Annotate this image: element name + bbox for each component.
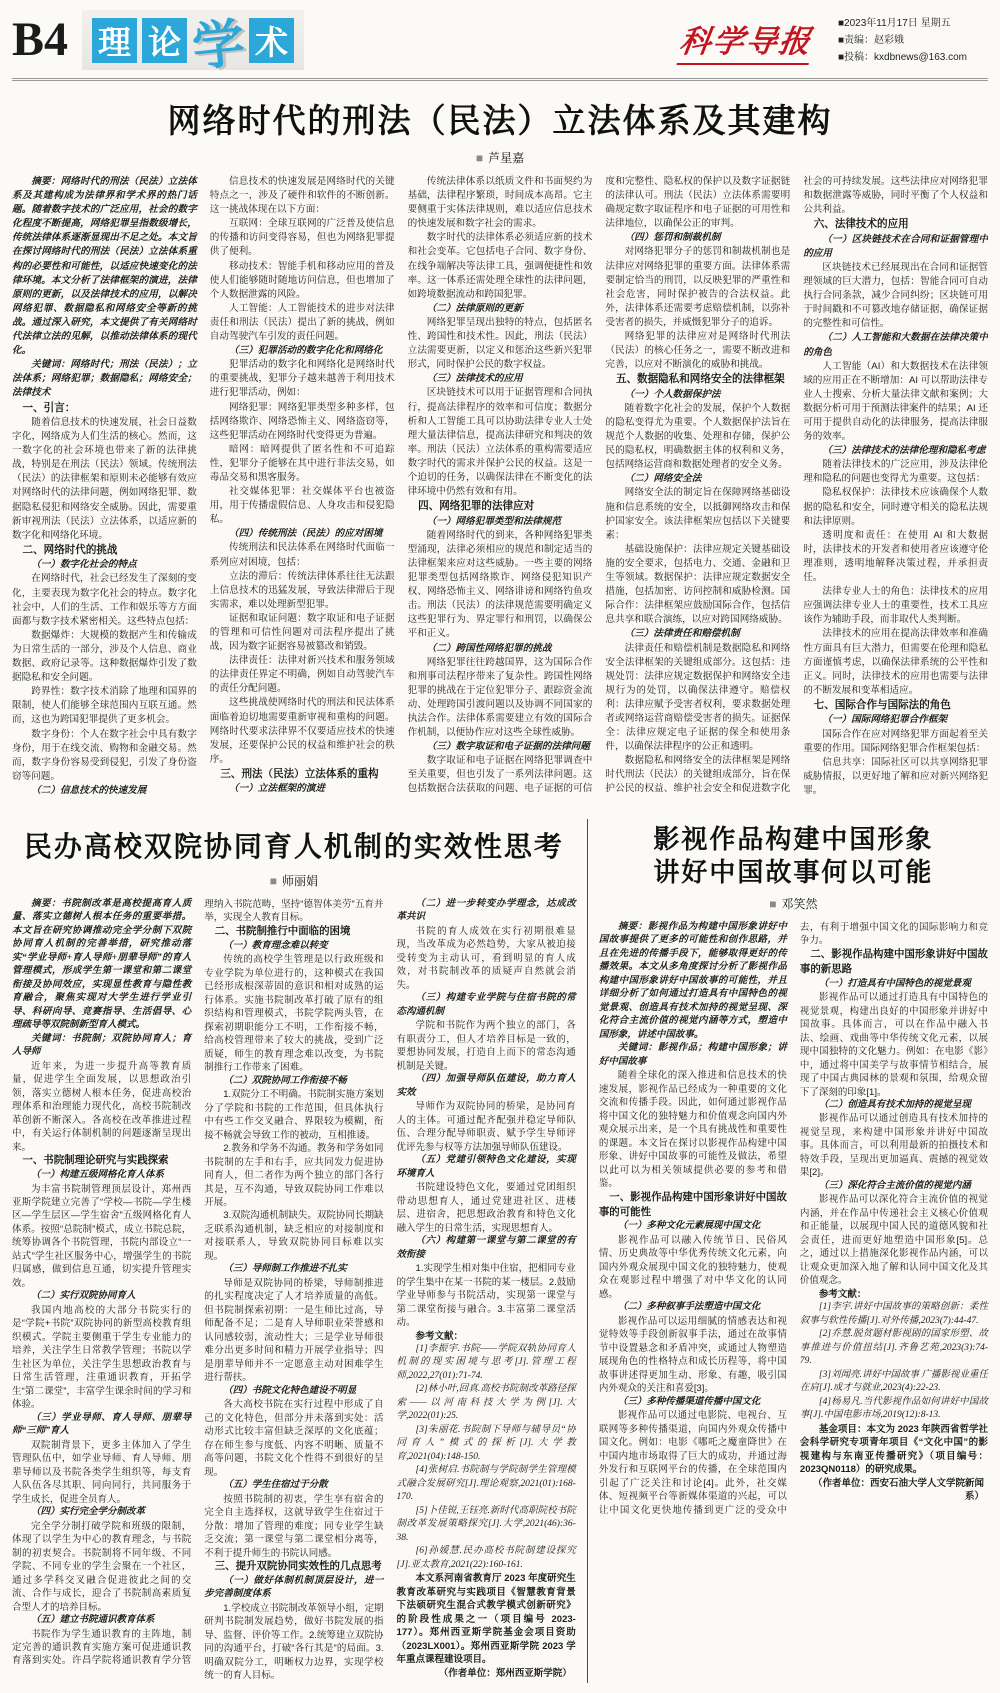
newspaper-name: 科学导报 xyxy=(677,16,816,65)
abstract: 摘要：影视作品为构建中国形象讲好中国故事提供了更多的可能性和创作思路，并且在先进… xyxy=(599,921,787,1042)
paragraph: 社交媒体犯罪：社交媒体平台也被盗用，用于传播虚假信息、人身攻击和侵犯隐私。 xyxy=(210,485,395,527)
paragraph: 信息共享：国际社区可以共享网络犯罪威胁情报，以更好地了解和应对新兴网络犯罪。 xyxy=(803,756,988,798)
funding-note: 本文系河南省教育厅 2023 年度研究生教育改革研究与实践项目《智慧教育背景下法… xyxy=(397,1572,576,1666)
paragraph: 暗网：暗网提供了匿名性和不可追踪性，犯罪分子能够在其中进行非法交易，如毒品交易和… xyxy=(210,443,395,485)
subsection-heading: （二）双院协同工作衔接不畅 xyxy=(204,1075,383,1088)
article-college-education: 民办高校双院协同育人机制的实效性思考 ■师丽娟 摘要：书院制改革是高校提高育人质… xyxy=(12,819,588,1683)
subsection-heading: （二）人工智能和大数据在法律决策中的角色 xyxy=(803,331,988,359)
subsection-heading: （四）传统刑法（民法）的应对困境 xyxy=(210,527,395,541)
date-line: ■2023年11月17日 星期五 xyxy=(838,15,988,32)
abstract: 摘要：书院制改革是高校提高育人质量、落实立德树人根本任务的重要举措。本文旨在研究… xyxy=(12,898,191,1033)
paragraph: 人工智能（AI）和大数据技术在法律领域的应用正在不断增加：AI 可以帮助法律专业… xyxy=(803,360,988,445)
reference-item: [1]李宇.讲好中国故事的策略创新：柔性叙事与软性传播[J].对外传播,2023… xyxy=(800,1301,988,1328)
article3-author-name: 邓笑然 xyxy=(782,897,818,911)
subsection-heading: （四）实行完全学分制改革 xyxy=(12,1506,191,1519)
paragraph: 近年来，为进一步提升高等教育质量，促进学生全面发展，以思想政治引领，落实立德树人… xyxy=(12,1060,191,1154)
section-heading: 七、国际合作与国际法的角色 xyxy=(803,698,988,714)
paragraph: 网络犯罪：网络犯罪类型多种多样，包括网络欺诈、网络恐怖主义、网络盗窃等，这些犯罪… xyxy=(210,401,395,443)
paragraph: 隐私权保护：法律技术应该确保个人数据的隐私和安全，同时遵守相关的隐私法规和法律原… xyxy=(803,486,988,528)
paragraph: 数据爆炸：大规模的数据产生和传输成为日常生活的一部分，涉及个人信息、商业数据、政… xyxy=(12,629,197,685)
subsection-heading: （三）法律技术的法律伦理和隐私考虑 xyxy=(803,444,988,458)
reference-item: [6]孙媛慧.民办高校书院制建设探究[J].亚太教育,2021(22):160-… xyxy=(397,1545,576,1572)
paragraph: 犯罪活动的数字化和网络化是网络时代的重要挑战，犯罪分子越来越善于利用技术进行犯罪… xyxy=(210,358,395,400)
paragraph: 影视作品可以通过创造具有技术加持的视觉呈现，来构建中国形象并讲好中国故事。具体而… xyxy=(800,1112,988,1179)
paragraph: 区块链技术已经展现出在合同和证据管理领域的巨大潜力，包括：智能合同可自动执行合同… xyxy=(803,261,988,331)
article1-author-name: 芦星嘉 xyxy=(488,151,524,165)
subsection-heading: （五）学生住宿过于分散 xyxy=(204,1479,383,1492)
paragraph: 双院制背景下，更多主体加入了学生管理队伍中，如学业导师、育人导师、朋辈导师以及书… xyxy=(12,1439,191,1506)
paragraph: 2.教务和学务不沟通。教务和学务如同书院制的左手和右手，应共同发力促进协同育人，… xyxy=(204,1142,383,1209)
subsection-heading: （四）加强导师队伍建设，助力育人实效 xyxy=(397,1073,576,1100)
subsection-heading: （六）构建第一课堂与第二课堂的有效衔接 xyxy=(397,1235,576,1262)
paragraph: 网络犯罪的法律应对是网络时代刑法（民法）的核心任务之一，需要不断改进和完善，以应… xyxy=(605,330,790,372)
reference-item: [1]李振宇.书院——学院双轨协同育人机制的现实困境与思考[J].管理工程师,2… xyxy=(397,1343,576,1383)
article2-byline: ■师丽娟 xyxy=(12,872,576,889)
section-heading: 二、网络时代的挑战 xyxy=(12,543,197,559)
paragraph: 3.双院沟通机制缺失。双院协同长期缺乏联系沟通机制，缺乏相应的对接制度和对接联系… xyxy=(204,1209,383,1263)
section-logo-char-stylized: 学 xyxy=(189,11,246,68)
section-heading: 二、书院制推行中面临的困境 xyxy=(204,925,383,940)
byline-square-icon: ■ xyxy=(769,897,776,911)
byline-square-icon: ■ xyxy=(476,151,483,165)
subsection-heading: （三）犯罪活动的数字化化和网络化 xyxy=(210,344,395,358)
paragraph: 传统的高校学生管理是以行政班级和专业学院为单位进行的，这种模式在我国已经形成根深… xyxy=(204,953,383,1074)
paragraph: 为丰富书院制管理顶层设计，郑州西亚斯学院建立完善了“学校—书院—学生楼区—学生层… xyxy=(12,1183,191,1291)
subsection-heading: （一）立法框架的演进 xyxy=(210,782,395,796)
subsection-heading: （三）学业导师、育人导师、朋辈导师“三师”育人 xyxy=(12,1412,191,1439)
subsection-heading: （四）惩罚和制裁机制 xyxy=(605,231,790,245)
section-heading: 五、数据隐私和网络安全的法律框架 xyxy=(605,372,790,388)
subsection-heading: （三）导师制工作推进不扎实 xyxy=(204,1263,383,1276)
section-heading: 四、网络犯罪的法律应对 xyxy=(408,499,593,515)
subsection-heading: （二）网络安全法 xyxy=(605,472,790,486)
paragraph: 基础设施保护：法律应规定关键基础设施的安全要求，包括电力、交通、金融和卫生等领域… xyxy=(605,543,790,628)
paragraph: 国际合作在应对网络犯罪方面起着至关重要的作用。国际网络犯罪合作框架包括： xyxy=(803,728,988,756)
paragraph: 影视作品可以通过打造具有中国特色的视觉景观，构建出良好的中国形象并讲好中国故事。… xyxy=(800,991,988,1099)
article2-author-name: 师丽娟 xyxy=(282,874,318,888)
paragraph: 法律责任和赔偿机制是数据隐私和网络安全法律框架的关键组成部分。这包括：违规处罚：… xyxy=(605,642,790,755)
subsection-heading: （一）网络犯罪类型和法律规范 xyxy=(408,515,593,529)
subsection-heading: （一）区块链技术在合同和证据管理中的应用 xyxy=(803,233,988,261)
author-unit: （作者单位：郑州西亚斯学院） xyxy=(397,1667,576,1680)
paragraph: 传统刑法和民法体系在网络时代面临一系列应对困境，包括： xyxy=(210,541,395,569)
paragraph: 网络安全法的制定旨在保障网络基础设施和信息系统的安全，以抵御网络攻击和保护国家安… xyxy=(605,486,790,542)
paragraph: 1.实现学生相对集中住宿，把相同专业的学生集中在某一书院的某一楼层。2.鼓励学业… xyxy=(397,1262,576,1329)
article1-byline: ■芦星嘉 xyxy=(12,149,988,166)
paragraph: 对网络犯罪分子的惩罚和制裁机制也是法律应对网络犯罪的重要方面。法律体系需要制定恰… xyxy=(605,245,790,330)
paragraph: 随着全球化的深入推进和信息技术的快速发展，影视作品已经成为一种重要的文化交流和传… xyxy=(599,1069,787,1190)
subsection-heading: （二）信息技术的快速发展 xyxy=(12,784,197,798)
subsection-heading: （五）建立书院通识教育体系 xyxy=(12,1614,191,1627)
subsection-heading: （三）法律技术的应用 xyxy=(408,372,593,386)
paragraph: 法律责任：法律对新兴技术和服务领域的法律责任界定不明确，例如自动驾驶汽车的责任分… xyxy=(210,654,395,696)
subsection-heading: （二）法律原则的更新 xyxy=(408,302,593,316)
keywords: 关键词：书院制；双院协同育人；育人导师 xyxy=(12,1033,191,1060)
byline-square-icon: ■ xyxy=(270,874,277,888)
section-logo-char: 术 xyxy=(249,18,294,63)
paragraph: 透明度和责任：在使用 AI 和大数据时，法律技术的开发者和使用者应该遵守伦理准则… xyxy=(803,529,988,585)
subsection-heading: （二）创造具有技术加持的视觉呈现 xyxy=(800,1099,988,1112)
section-logo-char: 理 xyxy=(92,18,137,63)
paragraph: 法律技术的应用在提高法律效率和准确性方面具有巨大潜力，但需要在伦理和隐私方面谨慎… xyxy=(803,627,988,697)
paragraph: 随着数字化社会的发展，保护个人数据的隐私变得尤为重要。个人数据保护法旨在规范个人… xyxy=(605,402,790,472)
reference-item: [2]林小叶,回真.高校书院制改革路径探索——以河南科技大学为例[J].大学,2… xyxy=(397,1383,576,1423)
paragraph: 随着法律技术的广泛应用，涉及法律伦理和隐私的问题也变得尤为重要。这包括： xyxy=(803,458,988,486)
paragraph: 这些挑战使网络时代的刑法和民法体系面临着迫切地需要重新审视和重构的问题。网络时代… xyxy=(210,696,395,766)
subsection-heading: （五）党建引领特色文化建设，实现环境育人 xyxy=(397,1154,576,1181)
reference-item: [3]朱丽花.书院制下导师与辅导员“协同育人”模式的探析[J].大学教育,202… xyxy=(397,1424,576,1464)
subsection-heading: （三）多种传播渠道传播中国文化 xyxy=(599,1396,787,1409)
paragraph: 我国内地高校的大部分书院实行的是“学院+书院”双院协同的新型高校教育组织模式。学… xyxy=(12,1304,191,1412)
reference-item: [5]卜佳锐,王钰亮.新时代高职院校书院制改革发展策略探究[J].大学,2021… xyxy=(397,1505,576,1545)
bottom-section: 民办高校双院协同育人机制的实效性思考 ■师丽娟 摘要：书院制改革是高校提高育人质… xyxy=(12,819,988,1683)
paragraph: 随着信息技术的快速发展，社会日益数字化，网络成为人们生活的核心。然而，这一数字化… xyxy=(12,416,197,543)
article-film-china-image: 影视作品构建中国形象 讲好中国故事何以可能 ■邓笑然 摘要：影视作品为构建中国形… xyxy=(588,819,988,1683)
subsection-heading: （一）数字化社会的特点 xyxy=(12,558,197,572)
subsection-heading: （三）深化符合主流价值的视觉内涵 xyxy=(800,1180,988,1193)
paragraph: 书院的育人成效在实行初期很难显现，当改革成为必然趋势，大家从被迫接受转变为主动认… xyxy=(397,925,576,992)
reference-item: [4]张树启.书院制与学院制学生管理模式融合发展研究[J].理论观察,2021(… xyxy=(397,1464,576,1504)
section-logo: 理 论 学 术 xyxy=(82,10,304,70)
references-heading: 参考文献： xyxy=(397,1330,576,1343)
paragraph: 影视作品可以融入传统节日、民俗风情、历史典故等中华优秀传统文化元素，向国内外观众… xyxy=(599,1234,787,1301)
subsection-heading: （一）做好体制机制顶层设计，进一步完善制度体系 xyxy=(204,1575,383,1602)
paragraph: 1.双院分工不明确。书院制实施方案划分了学院和书院的工作范围，但具体执行中有些工… xyxy=(204,1088,383,1142)
paragraph: 移动技术：智能手机和移动应用的普及使人们能够随时随地访问信息，但也增加了个人数据… xyxy=(210,260,395,302)
paragraph: 证据和取证问题：数字取证和电子证据的管理和可信性问题对司法程序提出了挑战，因为数… xyxy=(210,612,395,654)
section-heading: 三、刑法（民法）立法体系的重构 xyxy=(210,767,395,783)
submit-line: ■投稿：kxdbnews@163.com xyxy=(838,49,988,66)
paragraph: 影视作品可以运用细腻的情感表达和视觉特效等手段创新叙事手法，通过在故事情节中设置… xyxy=(599,1315,787,1396)
article3-title-line2: 讲好中国故事何以可能 xyxy=(599,856,988,889)
paragraph: 区块链技术可以用于证据管理和合同执行，提高法律程序的效率和可信度；数据分析和人工… xyxy=(408,386,593,499)
section-heading: 一、书院制理论研究与实践探索 xyxy=(12,1154,191,1169)
subsection-heading: （一）打造具有中国特色的视觉景观 xyxy=(800,978,988,991)
section-heading: 六、法律技术的应用 xyxy=(803,217,988,233)
paragraph: 在网络时代，社会已经发生了深刻的变化，主要表现为数字化社会的特点。数字化社会中，… xyxy=(12,572,197,628)
keywords: 关键词：影视作品；构建中国形象；讲好中国故事 xyxy=(599,1042,787,1069)
subsection-heading: （一）国际网络犯罪合作框架 xyxy=(803,713,988,727)
funding-note: 基金项目：本文为 2023 年陕西省哲学社会科学研究专项青年项目《“文化中国”的… xyxy=(800,1423,988,1477)
section-heading: 一、引言： xyxy=(12,401,197,417)
subsection-heading: （四）书院文化特色建设不明显 xyxy=(204,1385,383,1398)
reference-item: [3]刘闻亮.讲好中国故事 广播影视业重任在肩[J].成才与就业,2023(4)… xyxy=(800,1369,988,1396)
paragraph: 书院建设特色文化，要通过党团组织带动思想育人，通过党建进社区、进楼层、进宿舍，把… xyxy=(397,1181,576,1235)
paragraph: 数字身份：个人在数字社会中具有数字身份，用于在线交流、购物和金融交易。然而，数字… xyxy=(12,728,197,784)
paragraph: 1.学校成立书院制改革领导小组，定期研判书院制发展趋势，做好书院发展的指导、监督… xyxy=(204,1602,383,1683)
references-heading: 参考文献： xyxy=(800,1288,988,1301)
article1-title: 网络时代的刑法（民法）立法体系及其建构 xyxy=(12,95,988,142)
article1-body: 摘要：网络时代的刑法（民法）立法体系及其建构成为法律界和学术界的热门话题。随着数… xyxy=(12,175,988,803)
subsection-heading: （一）构建五级网格化育人体系 xyxy=(12,1169,191,1182)
subsection-heading: （三）法律责任和赔偿机制 xyxy=(605,627,790,641)
paragraph: 传统法律体系以纸质文件和书面契约为基础，法律程序繁琐，时间成本高昂。它主要侧重于… xyxy=(408,175,593,231)
section-logo-char: 论 xyxy=(142,18,187,63)
paragraph: 随着网络时代的到来，各种网络犯罪类型涌现，法律必须相应的规范和制定适当的法律框架… xyxy=(408,529,593,642)
subsection-heading: （一）多种文化元素展现中国文化 xyxy=(599,1220,787,1233)
reference-item: [2]乔慧.脱贫题材影视剧的国家形塑、故事推进与价值扭结[J].齐鲁艺苑,202… xyxy=(800,1328,988,1368)
page-number: B4 xyxy=(12,16,68,64)
paragraph: 网络犯罪呈现出独特的特点，包括匿名性、跨国性和技术性。因此，刑法（民法）立法需要… xyxy=(408,316,593,372)
subsection-heading: （二）多种叙事手法塑造中国文化 xyxy=(599,1301,787,1314)
paragraph: 人工智能：人工智能技术的进步对法律责任和刑法（民法）提出了新的挑战，例如自动驾驶… xyxy=(210,302,395,344)
paragraph: 互联网：全球互联网的广泛普及使信息的传播和访问变得容易，但也为网络犯罪提供了便利… xyxy=(210,217,395,259)
paragraph: 信息技术的快速发展是网络时代的关键特点之一，涉及了硬件和软件的不断创新。这一挑战… xyxy=(210,175,395,217)
abstract: 摘要：网络时代的刑法（民法）立法体系及其建构成为法律界和学术界的热门话题。随着数… xyxy=(12,175,197,358)
subsection-heading: （三）构建专业学院与住宿书院的常态沟通机制 xyxy=(397,992,576,1019)
paragraph: 各大高校书院在实行过程中形成了自己的文化特色，但部分并未落到实处：活动形式比较丰… xyxy=(204,1398,383,1479)
subsection-heading: （一）个人数据保护法 xyxy=(605,388,790,402)
reference-item: [4]杨易凡.当代影视作品如何讲好中国故事[J].中国电影市场,2019(12)… xyxy=(800,1396,988,1423)
paragraph: 立法的滞后：传统法律体系往往无法跟上信息技术的迅猛发展，导致法律滞后于现实需求，… xyxy=(210,570,395,612)
article2-title: 民办高校双院协同育人机制的实效性思考 xyxy=(12,825,576,865)
subsection-heading: （二）实行双院协同育人 xyxy=(12,1290,191,1303)
section-heading: 二、影视作品构建中国形象讲好中国故事的新思路 xyxy=(800,948,988,978)
article-criminal-law: 网络时代的刑法（民法）立法体系及其建构 ■芦星嘉 摘要：网络时代的刑法（民法）立… xyxy=(12,95,988,803)
subsection-heading: （二）跨国性网络犯罪的挑战 xyxy=(408,642,593,656)
article3-title: 影视作品构建中国形象 讲好中国故事何以可能 xyxy=(599,823,988,888)
article3-body: 摘要：影视作品为构建中国形象讲好中国故事提供了更多的可能性和创作思路，并且在先进… xyxy=(599,921,988,1517)
section-heading: 三、提升双院协同实效性的几点思考 xyxy=(204,1560,383,1575)
paragraph: 按照书院制的初衷，学生享有宿舍的完全自主选择权，这就导致学生住宿过于分散：增加了… xyxy=(204,1493,383,1560)
article3-byline: ■邓笑然 xyxy=(599,895,988,912)
paragraph: 法律专业人士的角色：法律技术的应用应强调法律专业人士的重要性，技术工具应该作为辅… xyxy=(803,585,988,627)
subsection-heading: （二）进一步转变办学理念，达成改革共识 xyxy=(397,898,576,925)
subsection-heading: （三）数字取证和电子证据的法律问题 xyxy=(408,740,593,754)
paragraph: 导师是双院协同的桥梁，导师制推进的扎实程度决定了人才培养质量的高低。但书院制探索… xyxy=(204,1277,383,1385)
paragraph: 导师作为双院协同的桥梁，是协同育人的主体。可通过配齐配强并稳定导师队伍、合理分配… xyxy=(397,1100,576,1154)
article2-body: 摘要：书院制改革是高校提高育人质量、落实立德树人根本任务的重要举措。本文旨在研究… xyxy=(12,898,576,1683)
masthead: B4 理 论 学 术 科学导报 ■2023年11月17日 星期五 ■责编：赵彩娥… xyxy=(12,6,988,81)
masthead-info: ■2023年11月17日 星期五 ■责编：赵彩娥 ■投稿：kxdbnews@16… xyxy=(838,15,988,66)
keywords: 关键词：网络时代；刑法（民法）；立法体系；网络犯罪；数据隐私；网络安全；法律技术 xyxy=(12,358,197,400)
paragraph: 网络犯罪往往跨越国界，这为国际合作和刑事司法程序带来了复杂性。跨国性网络犯罪的挑… xyxy=(408,656,593,741)
paragraph: 跨界性：数字技术消除了地理和国界的限制，使人们能够全球范围内互联互通。然而，这也… xyxy=(12,685,197,727)
article3-title-line1: 影视作品构建中国形象 xyxy=(599,823,988,856)
section-heading: 一、影视作品构建中国形象讲好中国故事的可能性 xyxy=(599,1191,787,1221)
paragraph: 完全学分制打破学院和班级的限制，体现了以学生为中心的教育理念，与书院制的初衷契合… xyxy=(12,1520,191,1614)
paragraph: 数字时代的法律体系必须适应新的技术和社会变革。它包括电子合同、数字身份、在线争端… xyxy=(408,231,593,301)
editor-line: ■责编：赵彩娥 xyxy=(838,32,988,49)
subsection-heading: （一）教育理念难以转变 xyxy=(204,940,383,953)
paragraph: 学院和书院作为两个独立的部门，各有职责分工，但人才培养目标是一致的，要想协同发展… xyxy=(397,1019,576,1073)
author-unit: （作者单位：西安石油大学人文学院新闻系） xyxy=(800,1477,988,1504)
newspaper-page: B4 理 论 学 术 科学导报 ■2023年11月17日 星期五 ■责编：赵彩娥… xyxy=(0,0,1000,1693)
paragraph: 影视作品可以深化符合主流价值的视觉内涵，并在作品中传递社会主义核心价值观和正能量… xyxy=(800,1193,988,1287)
